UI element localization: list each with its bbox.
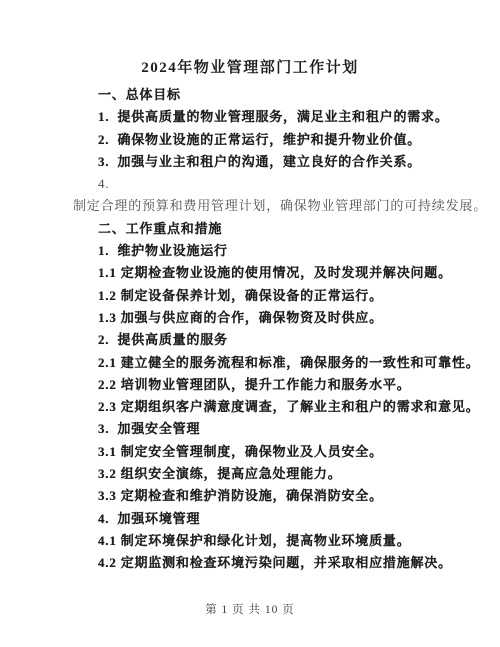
document-page: 2024年物业管理部门工作计划 一、总体目标1. 提供高质量的物业管理服务，满足… — [0, 0, 500, 647]
text-line: 3.1 制定安全管理制度，确保物业及人员安全。 — [98, 441, 480, 463]
text-line: 4.1 制定环境保护和绿化计划，提高物业环境质量。 — [98, 530, 480, 552]
text-line: 1.2 制定设备保养计划，确保设备的正常运行。 — [98, 285, 480, 307]
text-line: 4. 加强环境管理 — [98, 508, 480, 530]
text-line: 3.3 定期检查和维护消防设施，确保消防安全。 — [98, 485, 480, 507]
page-number: 第 1 页 共 10 页 — [0, 601, 500, 617]
text-line: 1.3 加强与供应商的合作，确保物资及时供应。 — [98, 307, 480, 329]
text-line: 2. 确保物业设施的正常运行，维护和提升物业价值。 — [98, 129, 480, 151]
text-line: 制定合理的预算和费用管理计划，确保物业管理部门的可持续发展。 — [73, 195, 480, 217]
text-line: 1. 提供高质量的物业管理服务，满足业主和租户的需求。 — [98, 106, 480, 128]
text-line: 4. — [98, 173, 480, 195]
text-line: 一、总体目标 — [98, 84, 480, 106]
text-line: 3. 加强安全管理 — [98, 418, 480, 440]
text-line: 2.3 定期组织客户满意度调查，了解业主和租户的需求和意见。 — [98, 396, 480, 418]
text-line: 3.2 组织安全演练，提高应急处理能力。 — [98, 463, 480, 485]
text-line: 1. 维护物业设施运行 — [98, 240, 480, 262]
text-line: 4.2 定期监测和检查环境污染问题，并采取相应措施解决。 — [98, 552, 480, 574]
text-line: 2.2 培训物业管理团队，提升工作能力和服务水平。 — [98, 374, 480, 396]
document-body: 一、总体目标1. 提供高质量的物业管理服务，满足业主和租户的需求。2. 确保物业… — [98, 84, 480, 575]
text-line: 2.1 建立健全的服务流程和标准，确保服务的一致性和可靠性。 — [98, 352, 480, 374]
text-line: 二、工作重点和措施 — [98, 218, 480, 240]
text-line: 3. 加强与业主和租户的沟通，建立良好的合作关系。 — [98, 151, 480, 173]
text-line: 1.1 定期检查物业设施的使用情况，及时发现并解决问题。 — [98, 262, 480, 284]
text-line: 2. 提供高质量的服务 — [98, 329, 480, 351]
document-title: 2024年物业管理部门工作计划 — [0, 56, 500, 77]
